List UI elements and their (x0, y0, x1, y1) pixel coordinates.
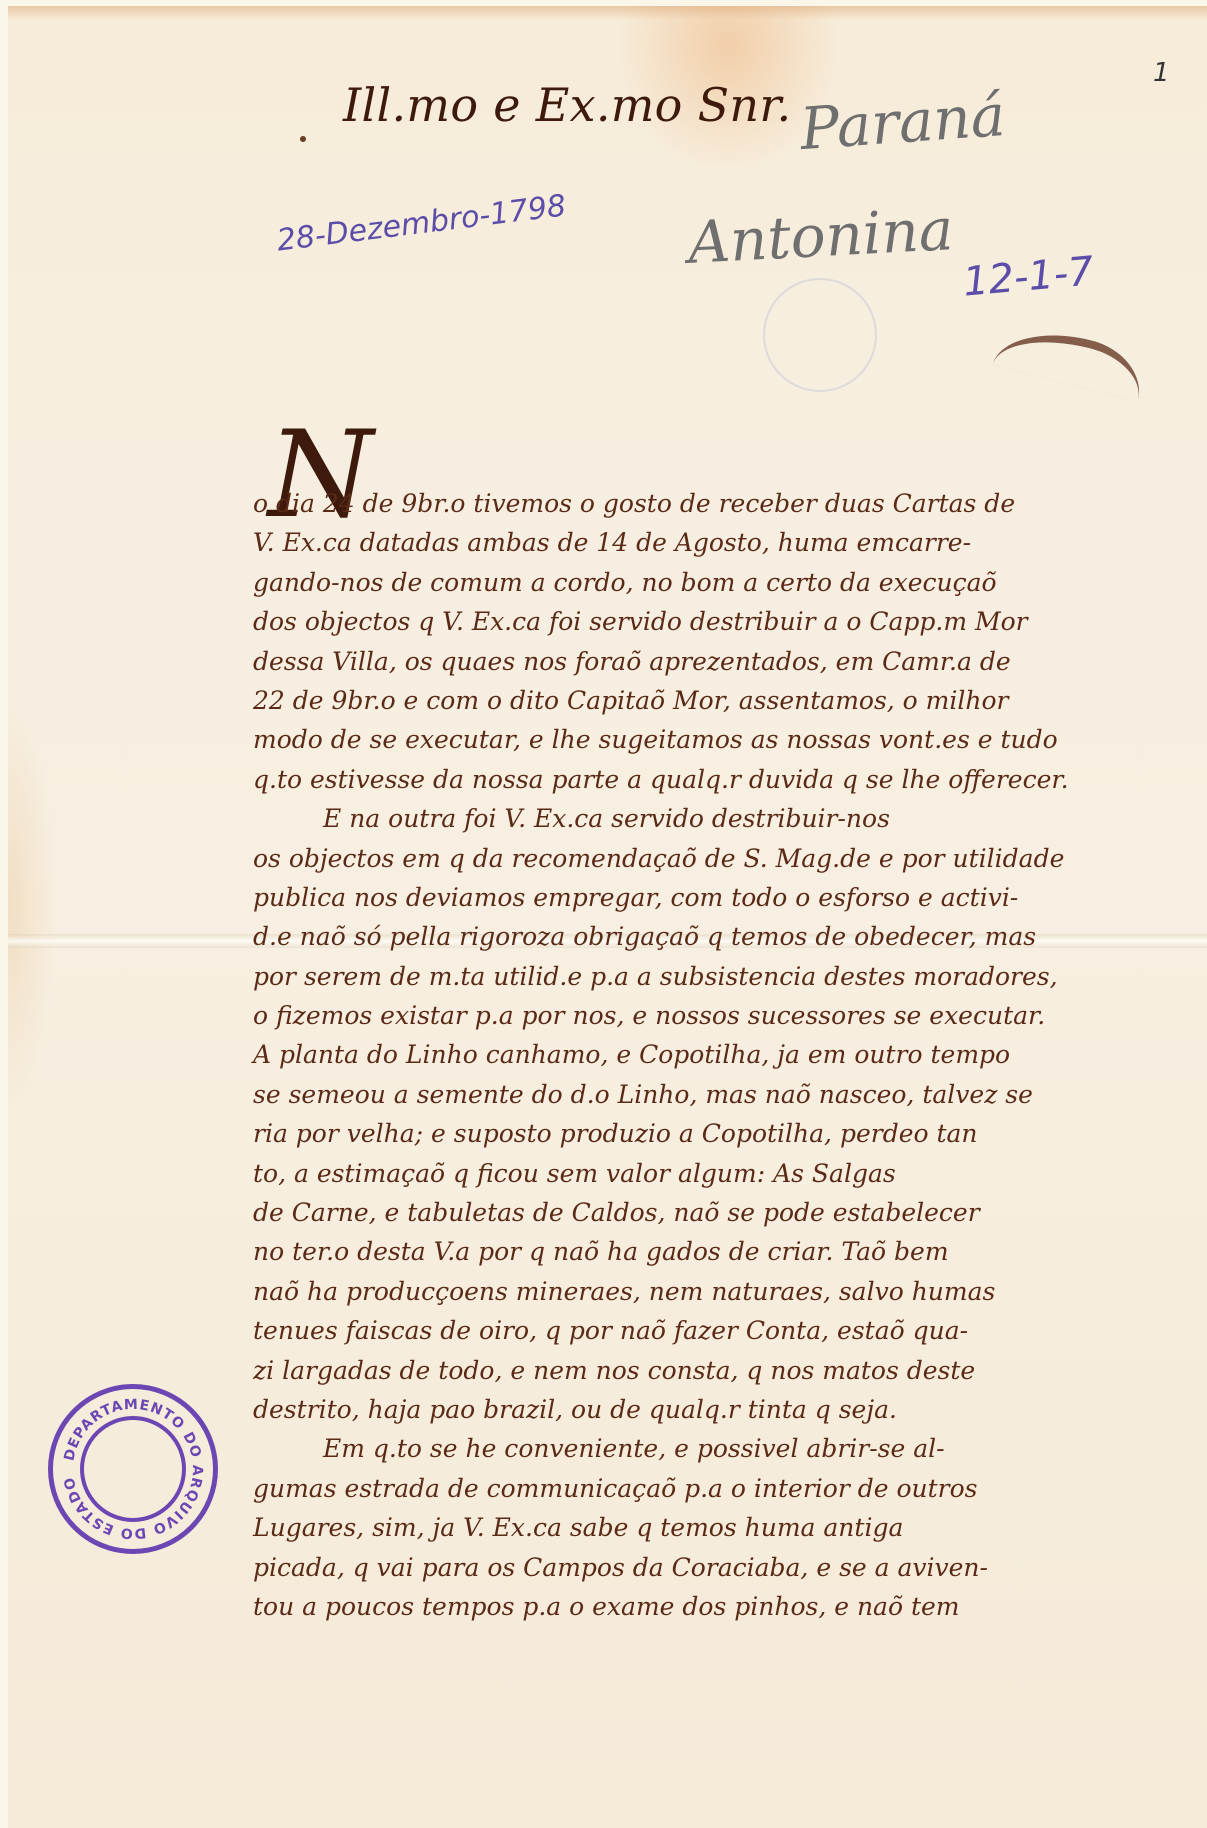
svg-text:DEPARTAMENTO DO ARQUIVO DO EST: DEPARTAMENTO DO ARQUIVO DO ESTADO - S. P… (48, 1384, 205, 1541)
folio-number: 1 (1153, 58, 1170, 88)
faded-stamp-mark (763, 278, 877, 392)
manuscript-page: 1 Ill.mo e Ex.mo Snr. Paraná Antonina 28… (8, 6, 1207, 1828)
body-line-paragraph-start: E na outra foi V. Ex.ca servido destribu… (253, 799, 1203, 838)
body-line: tou a poucos tempos p.a o exame dos pinh… (253, 1587, 1203, 1626)
body-line: os objectos em q da recomendaçaõ de S. M… (253, 839, 1203, 878)
body-line-paragraph-start: Em q.to se he conveniente, e possivel ab… (253, 1429, 1203, 1468)
body-line: destrito, haja pao brazil, ou de qualq.r… (253, 1390, 1203, 1429)
body-line: se semeou a semente do d.o Linho, mas na… (253, 1075, 1203, 1114)
body-line: naõ ha producçoens mineraes, nem naturae… (253, 1272, 1203, 1311)
body-line: publica nos deviamos empregar, com todo … (253, 878, 1203, 917)
body-line: modo de se executar, e lhe sugeitamos as… (253, 720, 1203, 759)
archive-reference-annotation: 12-1-7 (961, 248, 1095, 305)
body-line: V. Ex.ca datadas ambas de 14 de Agosto, … (253, 523, 1203, 562)
body-line: o dia 24 de 9br.o tivemos o gosto de rec… (253, 484, 1203, 523)
archive-stamp: DEPARTAMENTO DO ARQUIVO DO ESTADO - S. P… (48, 1384, 218, 1554)
pencil-annotation-state: Paraná (798, 81, 1007, 163)
body-line: o fizemos existar p.a por nos, e nossos … (253, 996, 1203, 1035)
ink-speck (300, 136, 306, 142)
body-line: d.e naõ só pella rigoroza obrigaçaõ q te… (253, 917, 1203, 956)
body-line: A planta do Linho canhamo, e Copotilha, … (253, 1035, 1203, 1074)
body-line: dessa Villa, os quaes nos foraõ aprezent… (253, 642, 1203, 681)
body-line: ria por velha; e suposto produzio a Copo… (253, 1114, 1203, 1153)
pencil-annotation-town: Antonina (686, 195, 955, 277)
body-line: dos objectos q V. Ex.ca foi servido dest… (253, 602, 1203, 641)
body-line: 22 de 9br.o e com o dito Capitaõ Mor, as… (253, 681, 1203, 720)
ink-flourish-mark (992, 319, 1149, 402)
letter-body: o dia 24 de 9br.o tivemos o gosto de rec… (253, 484, 1203, 1626)
body-line: q.to estivesse da nossa parte a qualq.r … (253, 760, 1203, 799)
body-line: por serem de m.ta utilid.e p.a a subsist… (253, 957, 1203, 996)
body-line: tenues faiscas de oiro, q por naõ fazer … (253, 1311, 1203, 1350)
stamp-circular-text: DEPARTAMENTO DO ARQUIVO DO ESTADO - S. P… (48, 1384, 218, 1554)
body-line: picada, q vai para os Campos da Coraciab… (253, 1548, 1203, 1587)
body-line: no ter.o desta V.a por q naõ ha gados de… (253, 1232, 1203, 1271)
body-line: de Carne, e tabuletas de Caldos, naõ se … (253, 1193, 1203, 1232)
body-line: zi largadas de todo, e nem nos consta, q… (253, 1351, 1203, 1390)
body-line: Lugares, sim, ja V. Ex.ca sabe q temos h… (253, 1508, 1203, 1547)
body-line: gando-nos de comum a cordo, no bom a cer… (253, 563, 1203, 602)
body-line: to, a estimaçaõ q ficou sem valor algum:… (253, 1154, 1203, 1193)
salutation-heading: Ill.mo e Ex.mo Snr. (343, 78, 791, 132)
archive-date-annotation: 28-Dezembro-1798 (275, 188, 568, 258)
body-line: gumas estrada de communicaçaõ p.a o inte… (253, 1469, 1203, 1508)
